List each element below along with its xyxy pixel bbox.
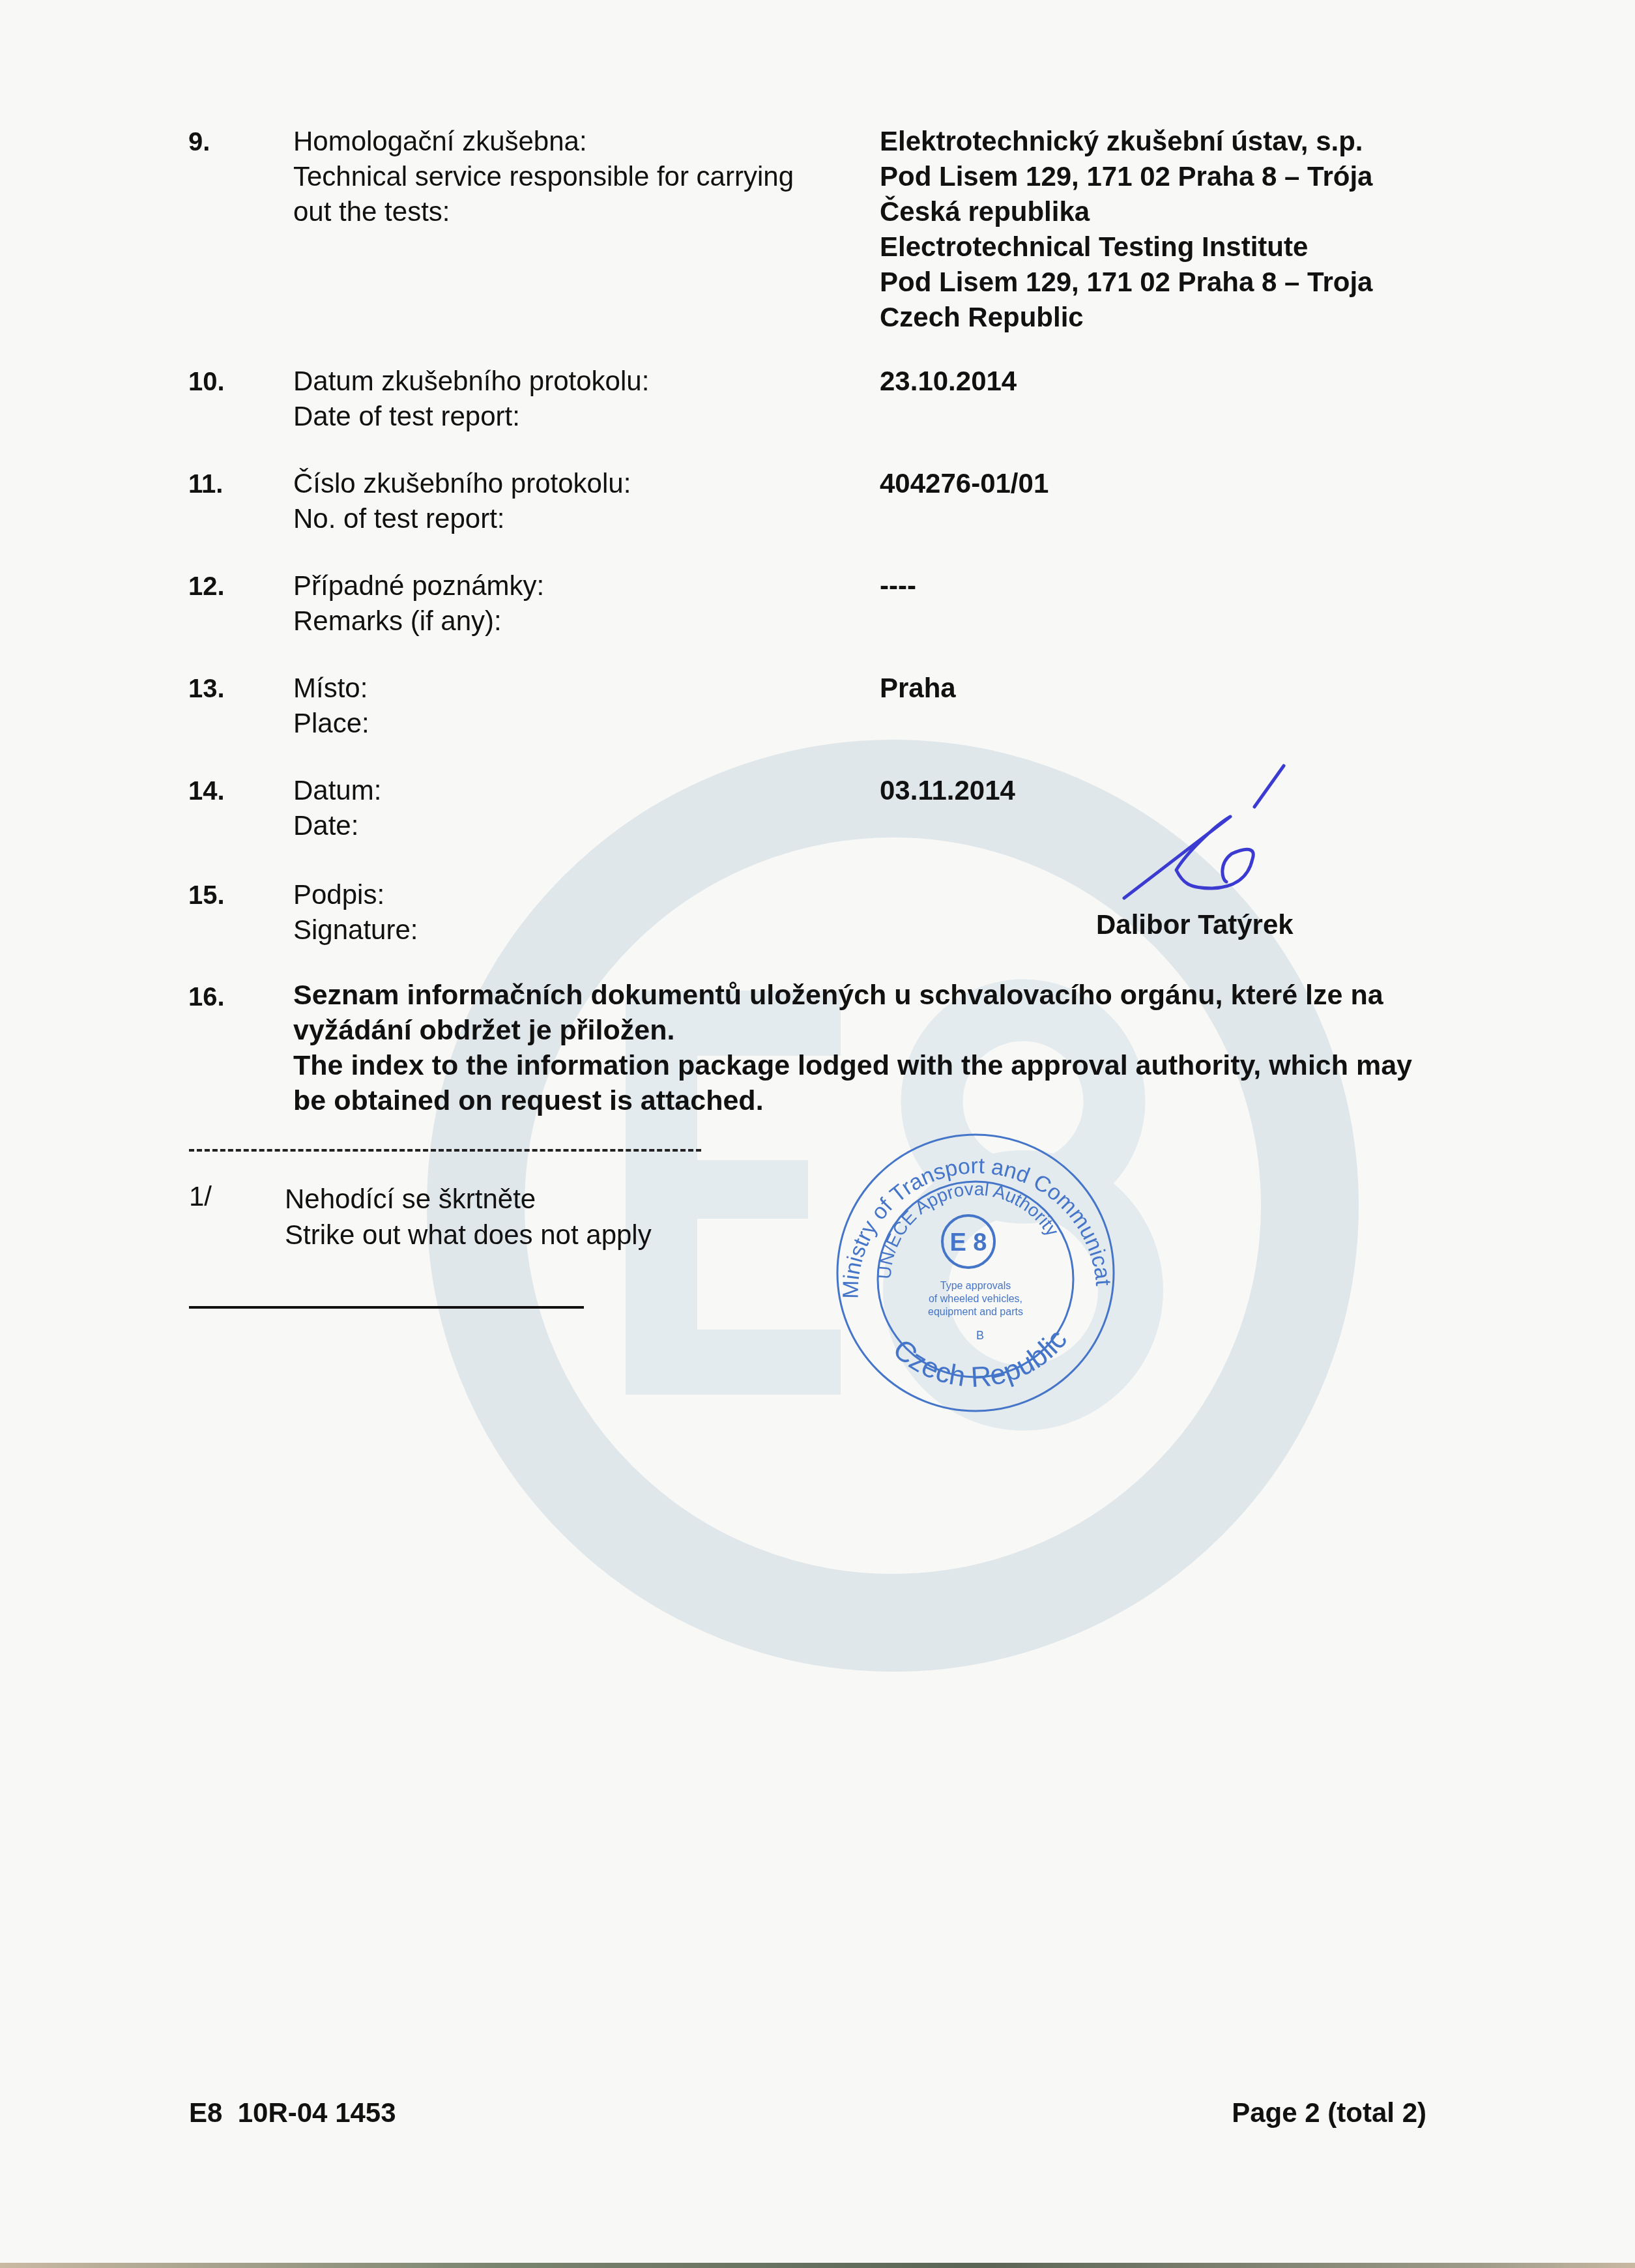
test-report-date-value: 23.10.2014: [880, 364, 1017, 399]
date-value: 03.11.2014: [880, 773, 1015, 808]
item-number: 15.: [188, 881, 225, 910]
value-line: Pod Lisem 129, 171 02 Praha 8 – Troja: [880, 265, 1372, 300]
label-cz: Homologační zkušebna:: [293, 124, 794, 159]
label-en: No. of test report:: [293, 501, 631, 536]
footnote-cz: Nehodící se škrtněte: [285, 1181, 652, 1217]
label-en: Remarks (if any):: [293, 603, 544, 639]
item-number: 14.: [188, 777, 225, 806]
item-16-line: Seznam informačních dokumentů uložených …: [293, 978, 1531, 1013]
dashed-divider: [189, 1149, 701, 1152]
footnote-marker: 1/: [189, 1181, 212, 1212]
test-report-number-value: 404276-01/01: [880, 466, 1049, 501]
item-16-line: The index to the information package lod…: [293, 1048, 1531, 1083]
item-number: 10.: [188, 368, 225, 397]
item-label: Datum: Date:: [293, 773, 381, 843]
item-label: Místo: Place:: [293, 671, 369, 741]
item-number: 12.: [188, 572, 225, 602]
label-cz: Číslo zkušebního protokolu:: [293, 466, 631, 501]
approval-number: E8 10R-04 1453: [189, 2097, 396, 2129]
label-en: Date:: [293, 808, 381, 843]
item-16-line: vyžádání obdržet je přiložen.: [293, 1013, 1531, 1048]
item-label: Datum zkušebního protokolu: Date of test…: [293, 364, 649, 434]
label-en: Date of test report:: [293, 399, 649, 434]
signatory-name: Dalibor Tatýrek: [1096, 909, 1294, 940]
item-label: Číslo zkušebního protokolu: No. of test …: [293, 466, 631, 536]
label-en: out the tests:: [293, 194, 794, 229]
label-cz: Datum zkušebního protokolu:: [293, 364, 649, 399]
page-indicator: Page 2 (total 2): [1232, 2097, 1426, 2129]
item-label: Případné poznámky: Remarks (if any):: [293, 568, 544, 639]
scan-edge: [0, 2263, 1635, 2268]
value-line: Pod Lisem 129, 171 02 Praha 8 – Trója: [880, 159, 1372, 194]
footnote-en: Strike out what does not apply: [285, 1217, 652, 1253]
official-stamp-icon: Ministry of Transport and Communications…: [822, 1129, 1129, 1416]
item-16-text: Seznam informačních dokumentů uložených …: [293, 978, 1531, 1118]
label-cz: Případné poznámky:: [293, 568, 544, 603]
remarks-value: ----: [880, 568, 916, 603]
item-number: 13.: [188, 675, 225, 704]
value-line: Czech Republic: [880, 300, 1372, 335]
item-label: Homologační zkušebna: Technical service …: [293, 124, 794, 229]
stamp-center-line: equipment and parts: [928, 1307, 1023, 1318]
stamp-center-line: of wheeled vehicles,: [929, 1294, 1022, 1305]
solid-divider: [189, 1306, 584, 1309]
place-value: Praha: [880, 671, 956, 706]
stamp-code: B: [976, 1329, 984, 1342]
label-cz: Datum:: [293, 773, 381, 808]
value-line: Electrotechnical Testing Institute: [880, 229, 1372, 265]
stamp-mark: E 8: [949, 1229, 987, 1257]
item-number: 9.: [188, 128, 210, 157]
item-16-line: be obtained on request is attached.: [293, 1083, 1531, 1118]
label-en: Signature:: [293, 912, 418, 948]
technical-service-value: Elektrotechnický zkušební ústav, s.p. Po…: [880, 124, 1372, 335]
footnote-text: Nehodící se škrtněte Strike out what doe…: [285, 1181, 652, 1253]
value-line: Elektrotechnický zkušební ústav, s.p.: [880, 124, 1372, 159]
value-line: Česká republika: [880, 194, 1372, 229]
document-page: 9. Homologační zkušebna: Technical servi…: [0, 0, 1635, 2268]
label-cz: Podpis:: [293, 877, 418, 912]
label-en: Technical service responsible for carryi…: [293, 159, 794, 194]
stamp-center-line: Type approvals: [940, 1281, 1011, 1292]
label-en: Place:: [293, 706, 369, 741]
label-cz: Místo:: [293, 671, 369, 706]
item-16-number: 16.: [188, 983, 225, 1012]
item-number: 11.: [188, 470, 223, 499]
handwritten-signature: [1108, 749, 1368, 906]
item-label: Podpis: Signature:: [293, 877, 418, 948]
